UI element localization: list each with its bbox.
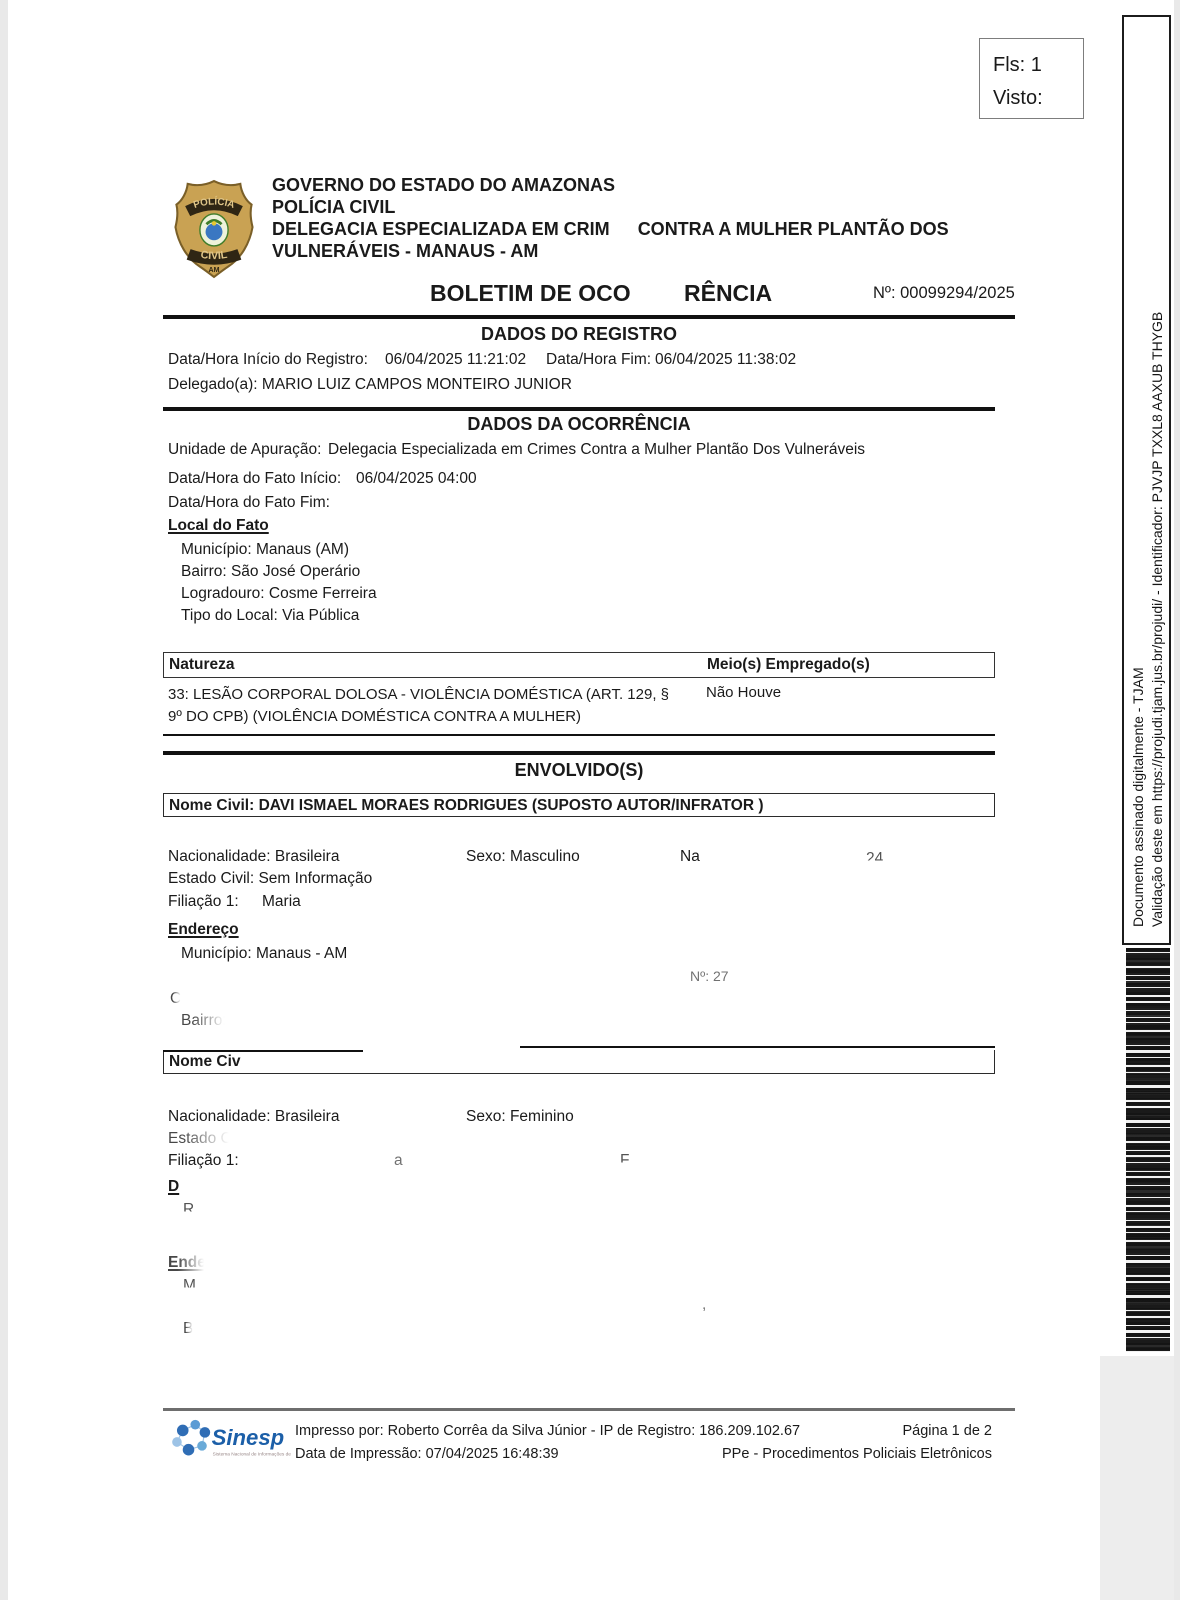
person2-sexo: Sexo: Feminino [466,1108,574,1126]
natureza-col1-header: Natureza [169,656,234,674]
sinesp-tagline: Sistema Nacional de Informações de Segur… [213,1451,291,1457]
person2-box-top-right-segment [520,1046,995,1048]
svg-text:CIVIL: CIVIL [200,249,229,262]
tipo-label: Tipo do Local: [181,607,278,624]
footer-page-info: Página 1 de 2 PPe - Procedimentos Polici… [722,1420,992,1466]
person2-filiacao-label: Filiação 1: [168,1152,239,1170]
person2-nacionalidade-label: Nacionalidade: [168,1108,271,1125]
municipio-value: Manaus (AM) [256,541,349,558]
nacionalidade-value: Brasileira [275,848,340,865]
logradouro-value: Cosme Ferreira [269,585,377,602]
sinesp-logo: Sinesp Sistema Nacional de Informações d… [165,1416,291,1468]
person2-filiacao-a-fragment: a [394,1152,403,1170]
ocorrencia-heading: DADOS DA OCORRÊNCIA [163,414,995,435]
person1-bairro-fragment: Bairro: [181,1012,227,1030]
natureza-col2-header: Meio(s) Empregado(s) [707,656,870,674]
person2-doc-heading-fragment: D [168,1178,179,1196]
footer-ppe: PPe - Procedimentos Policiais Eletrônico… [722,1443,992,1466]
person2-sexo-value: Feminino [510,1108,574,1125]
digital-signature-text: Documento assinado digitalmente - TJAM V… [1129,22,1169,927]
visto-label: Visto: [993,82,1083,115]
unidade-label: Unidade de Apuração: [168,441,321,459]
natureza-row-value: 33: LESÃO CORPORAL DOLOSA - VIOLÊNCIA DO… [168,684,673,728]
meio-empregado-value: Não Houve [706,684,781,701]
fato-fim-label: Data/Hora do Fato Fim: [168,494,330,512]
bairro-value: São José Operário [231,563,360,580]
header-line4: VULNERÁVEIS - MANAUS - AM [272,240,949,262]
header-line3: DELEGACIA ESPECIALIZADA EM CRIMCONTRA A … [272,218,949,240]
person2-sexo-label: Sexo: [466,1108,506,1125]
person1-municipio-value: Manaus - AM [256,945,347,962]
person1-nome: Nome Civil: DAVI ISMAEL MORAES RODRIGUES… [169,797,764,815]
person2-nacionalidade: Nacionalidade: Brasileira [168,1108,339,1126]
fato-inicio-value: 06/04/2025 04:00 [356,470,477,488]
person1-municipio-label: Município: [181,945,252,962]
local-fato-heading: Local do Fato [168,517,269,535]
vertical-barcode [1123,948,1173,1352]
document-page: Fls: 1 Visto: Documento assinado digital… [0,0,1180,1600]
header-org-block: GOVERNO DO ESTADO DO AMAZONAS POLÍCIA CI… [272,174,949,262]
registro-heading: DADOS DO REGISTRO [163,324,995,345]
person1-municipio: Município: Manaus - AM [181,945,347,963]
municipio-label: Município: [181,541,252,558]
person2-filiacao-dots-fragment: ..... [330,1156,362,1174]
person1-nacionalidade: Nacionalidade: Brasileira [168,848,339,866]
doc-title-part1: BOLETIM DE OCO [430,280,631,307]
badge-band-text: CIVIL [200,249,229,262]
registro-fim-value: 06/04/2025 11:38:02 [655,351,796,369]
local-municipio: Município: Manaus (AM) [181,541,349,559]
header-line2: POLÍCIA CIVIL [272,196,949,218]
envolvidos-heading: ENVOLVIDO(S) [163,760,995,781]
person1-nascimento-fragment: Na [680,848,700,866]
fato-inicio-label: Data/Hora do Fato Início: [168,470,341,488]
footer-pagina: Página 1 de 2 [722,1420,992,1443]
left-page-edge [0,0,8,1600]
fls-label: Fls: 1 [993,49,1083,82]
footer-divider [163,1408,1015,1411]
person1-nome-box: Nome Civil: DAVI ISMAEL MORAES RODRIGUES… [163,793,995,817]
police-badge-logo: POLÍCIA CIVIL AM [167,177,261,281]
signature-line2: Validação deste em https://projudi.tjam.… [1148,22,1167,927]
person2-m-fragment: M [183,1277,196,1295]
local-logradouro: Logradouro: Cosme Ferreira [181,585,377,603]
divider-registro [163,407,995,411]
divider-natureza [163,734,995,736]
person2-filiacao-f-fragment: F [620,1152,629,1170]
header-line3-right: CONTRA A MULHER PLANTÃO DOS [638,219,949,239]
person2-estado-fragment: Estado C [168,1130,232,1148]
person1-filiacao-value: Maria [262,893,301,911]
person2-nome-fragment: Nome Civ [169,1053,241,1071]
barcode-icon [1126,948,1170,1352]
delegado-value: MARIO LUIZ CAMPOS MONTEIRO JUNIOR [262,376,572,393]
person1-estado-civil: Estado Civil: Sem Informação [168,870,372,888]
divider-envolvidos [163,751,995,755]
header-line3-left: DELEGACIA ESPECIALIZADA EM CRIM [272,219,610,239]
estado-civil-label: Estado Civil: [168,870,254,887]
signature-line1: Documento assinado digitalmente - TJAM [1129,22,1148,927]
person1-filiacao-label: Filiação 1: [168,893,239,911]
right-page-edge [1174,0,1180,1600]
person2-r-fragment: R [183,1201,194,1219]
badge-state-text: AM [209,267,220,274]
local-bairro: Bairro: São José Operário [181,563,360,581]
person2-box-top-left-segment [163,1050,363,1052]
fls-visto-box: Fls: 1 Visto: [979,38,1084,119]
registro-inicio-label: Data/Hora Início do Registro: [168,351,368,369]
natureza-table-header: Natureza Meio(s) Empregado(s) [163,652,995,678]
local-tipo: Tipo do Local: Via Pública [181,607,359,625]
person2-nome-box: Nome Civ [163,1050,995,1074]
person1-numero-fragment: Nº: 27 [690,968,729,984]
delegado-label: Delegado(a): [168,376,258,393]
header-line1: GOVERNO DO ESTADO DO AMAZONAS [272,174,949,196]
person2-b-fragment: B [183,1320,193,1338]
bairro-label: Bairro: [181,563,227,580]
registro-inicio-value: 06/04/2025 11:21:02 [385,351,526,369]
person2-comma-fragment: , [702,1296,706,1314]
registro-fim-label: Data/Hora Fim: [546,351,651,369]
person1-sexo: Sexo: Masculino [466,848,580,866]
logradouro-label: Logradouro: [181,585,265,602]
registro-delegado: Delegado(a): MARIO LUIZ CAMPOS MONTEIRO … [168,376,572,394]
doc-title-part2: RÊNCIA [684,280,772,307]
tipo-value: Via Pública [282,607,359,624]
person1-endereco-heading: Endereço [168,921,239,939]
person2-nacionalidade-value: Brasileira [275,1108,340,1125]
bottom-right-scan-shadow [1100,1356,1174,1600]
unidade-value: Delegacia Especializada em Crimes Contra… [328,441,865,459]
estado-civil-value: Sem Informação [258,870,372,887]
divider-title [163,315,1015,319]
sexo-value: Masculino [510,848,580,865]
nacionalidade-label: Nacionalidade: [168,848,271,865]
person1-c-fragment: C [170,990,181,1008]
person2-endereco-fragment: Ende [168,1254,206,1272]
doc-number: Nº: 00099294/2025 [873,284,1015,303]
sexo-label: Sexo: [466,848,506,865]
sinesp-wordmark: Sinesp [212,1425,285,1450]
person1-idade-fragment: 24 [866,850,883,868]
